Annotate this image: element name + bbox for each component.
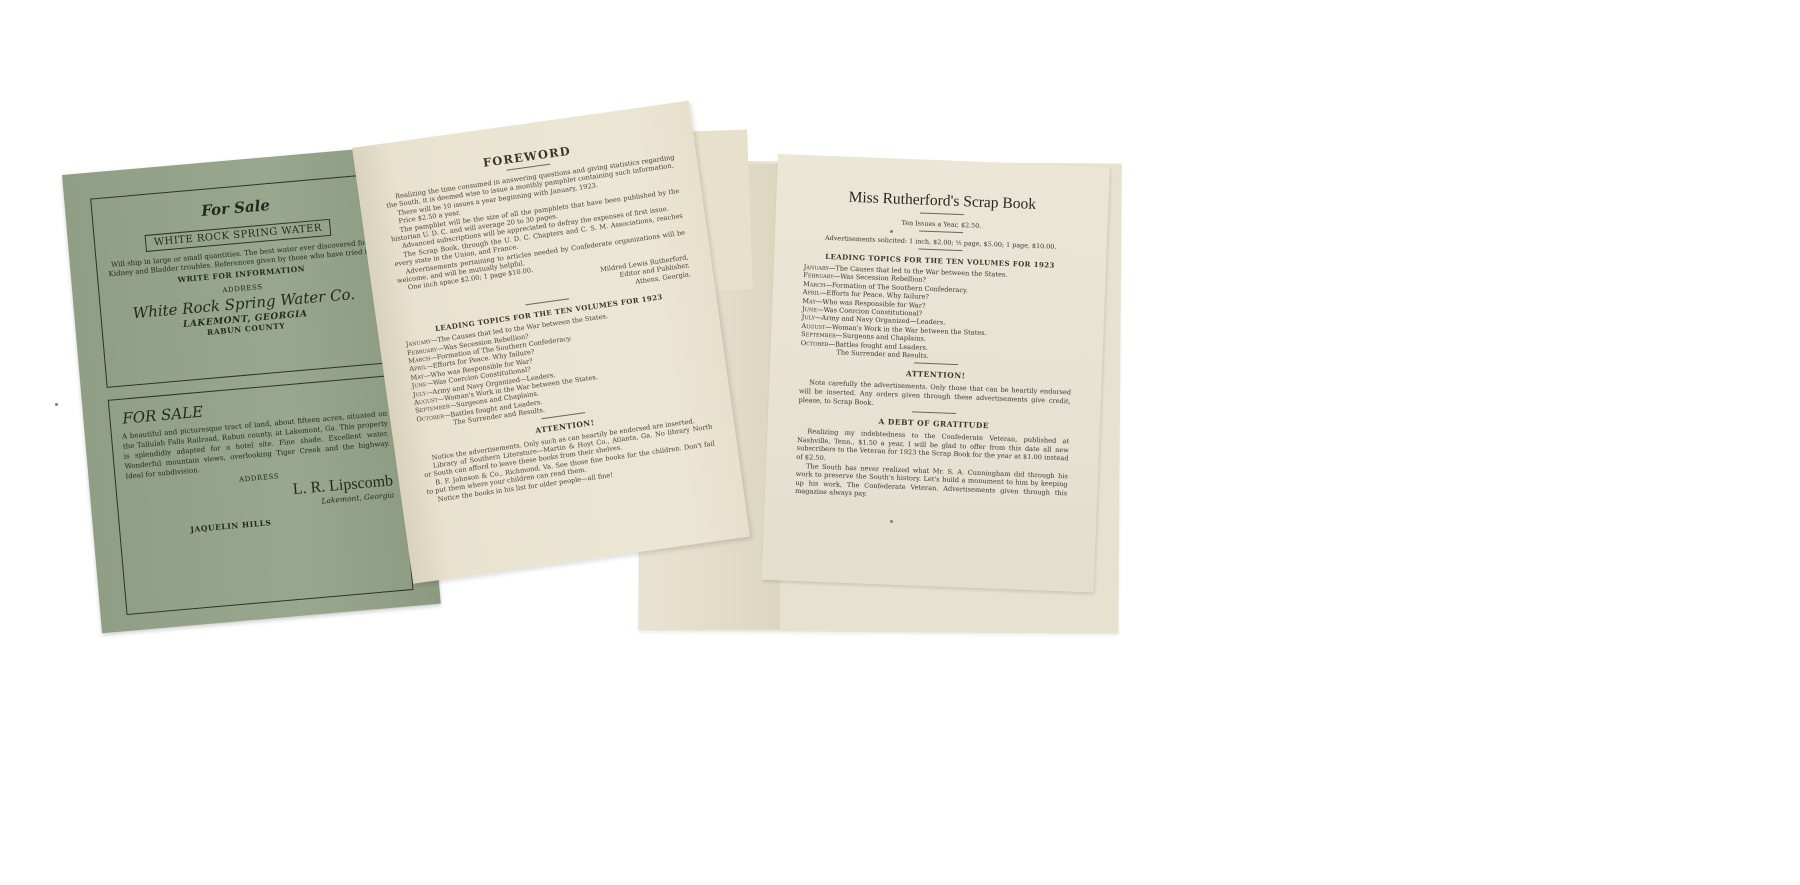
foreword-page: FOREWORD Realizing the time consumed in … — [352, 101, 750, 584]
topic-month: June— — [802, 305, 824, 314]
divider — [918, 248, 962, 251]
divider — [919, 230, 963, 233]
debt-body: Realizing my indebtedness to the Confede… — [795, 427, 1069, 506]
land-advertisement: FOR SALE A beautiful and picturesque tra… — [108, 375, 414, 615]
topic-month: July— — [802, 313, 822, 322]
title-page: Miss Rutherford's Scrap Book Ten Issues … — [762, 154, 1110, 592]
scrap-book-title: Miss Rutherford's Scrap Book — [806, 187, 1078, 215]
stitch-hole — [890, 520, 893, 523]
stitch-hole — [890, 230, 893, 233]
divider — [914, 363, 958, 366]
stitch-hole — [55, 403, 58, 406]
divider — [912, 412, 956, 415]
water-advertisement: For Sale WHITE ROCK SPRING WATER Will sh… — [90, 174, 393, 388]
topic-month: October— — [801, 339, 836, 348]
divider — [920, 212, 964, 215]
topics-list: January—The Causes that led to the War b… — [801, 263, 1076, 357]
topic-month: May— — [802, 297, 822, 306]
attention-body: Note carefully the advertisements. Only … — [798, 378, 1071, 414]
